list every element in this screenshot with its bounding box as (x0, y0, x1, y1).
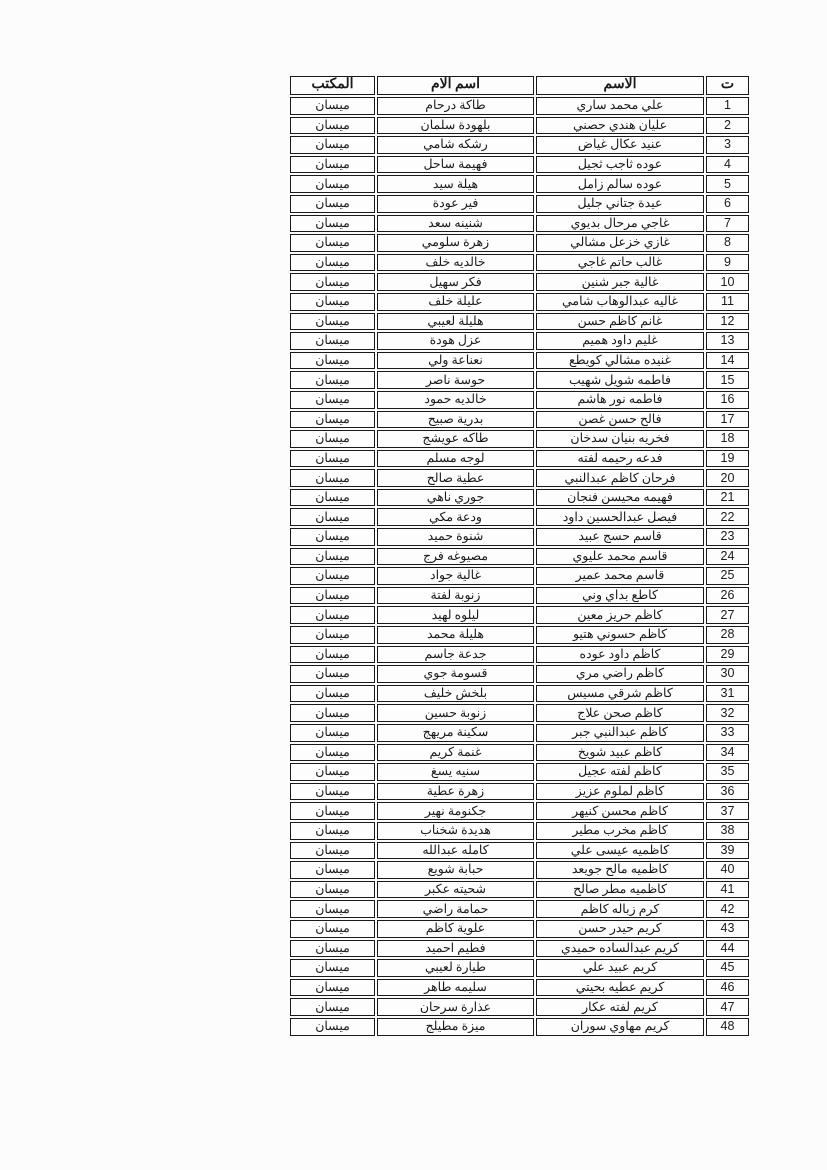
cell-name: كريم حيدر حسن (536, 920, 704, 938)
cell-name: فرحان كاظم عبدالنبي (536, 469, 704, 487)
cell-mother-name: هليلة محمد (377, 626, 534, 644)
table-row: 12غانم كاظم حسنهليلة لعيبيميسان (290, 313, 749, 331)
cell-mother-name: عطية صالح (377, 469, 534, 487)
cell-office: ميسان (290, 998, 375, 1016)
cell-number: 26 (706, 587, 749, 605)
cell-office: ميسان (290, 626, 375, 644)
cell-number: 48 (706, 1018, 749, 1036)
table-row: 19فدعه رحيمه لفتهلوجه مسلمميسان (290, 450, 749, 468)
roster-body: 1علي محمد ساريطاكة درحامميسان2عليان هندي… (290, 97, 749, 1036)
cell-name: كاظم داود عوده (536, 646, 704, 664)
cell-mother-name: بلخش خليف (377, 685, 534, 703)
table-row: 40كاظميه مالح جويعدحبابة شويعميسان (290, 861, 749, 879)
cell-office: ميسان (290, 704, 375, 722)
cell-number: 41 (706, 881, 749, 899)
cell-office: ميسان (290, 528, 375, 546)
cell-name: غاليه عبدالوهاب شامي (536, 293, 704, 311)
cell-office: ميسان (290, 450, 375, 468)
table-row: 29كاظم داود عودهجدعة جاسمميسان (290, 646, 749, 664)
cell-number: 43 (706, 920, 749, 938)
cell-number: 17 (706, 411, 749, 429)
cell-mother-name: لوجه مسلم (377, 450, 534, 468)
cell-number: 21 (706, 489, 749, 507)
cell-number: 44 (706, 940, 749, 958)
cell-name: غاجي مرحال بديوي (536, 215, 704, 233)
cell-number: 7 (706, 215, 749, 233)
cell-name: قاسم محمد عليوي (536, 548, 704, 566)
cell-office: ميسان (290, 293, 375, 311)
cell-office: ميسان (290, 685, 375, 703)
cell-mother-name: فكر سهيل (377, 273, 534, 291)
cell-number: 47 (706, 998, 749, 1016)
cell-name: كريم لفته عكار (536, 998, 704, 1016)
cell-office: ميسان (290, 861, 375, 879)
cell-number: 5 (706, 175, 749, 193)
cell-name: فهيمه محيسن فنجان (536, 489, 704, 507)
cell-mother-name: زهرة سلومي (377, 234, 534, 252)
cell-name: قاسم محمد عمير (536, 567, 704, 585)
cell-name: غنيده مشالي كويطع (536, 352, 704, 370)
cell-number: 38 (706, 822, 749, 840)
table-row: 43كريم حيدر حسنعلوية كاظمميسان (290, 920, 749, 938)
table-row: 6عيدة جتاني جليلفير عودةميسان (290, 195, 749, 213)
header-name: الاسم (536, 76, 704, 95)
cell-name: عيدة جتاني جليل (536, 195, 704, 213)
cell-office: ميسان (290, 763, 375, 781)
cell-mother-name: فهيمة ساحل (377, 156, 534, 174)
table-row: 35كاظم لفته عجيلسنيه يسغميسان (290, 763, 749, 781)
cell-name: عنيد عكال غياض (536, 136, 704, 154)
cell-name: عليان هندي حصني (536, 117, 704, 135)
cell-office: ميسان (290, 665, 375, 683)
cell-mother-name: قسومة جوي (377, 665, 534, 683)
cell-number: 27 (706, 606, 749, 624)
table-row: 34كاظم عبيد شويخغنمة كريمميسان (290, 744, 749, 762)
cell-name: كريم عطيه بحيتي (536, 979, 704, 997)
cell-mother-name: ودعة مكي (377, 508, 534, 526)
cell-office: ميسان (290, 548, 375, 566)
cell-number: 46 (706, 979, 749, 997)
cell-number: 22 (706, 508, 749, 526)
cell-mother-name: سنيه يسغ (377, 763, 534, 781)
table-row: 16فاطمه نور هاشمخالديه حمودميسان (290, 391, 749, 409)
cell-mother-name: طاكة درحام (377, 97, 534, 115)
cell-mother-name: فير عودة (377, 195, 534, 213)
table-row: 31كاظم شرقي مسيسبلخش خليفميسان (290, 685, 749, 703)
cell-name: كاظم عبيد شويخ (536, 744, 704, 762)
table-row: 1علي محمد ساريطاكة درحامميسان (290, 97, 749, 115)
table-row: 32كاظم صحن علاجزنوبة حسينميسان (290, 704, 749, 722)
cell-office: ميسان (290, 567, 375, 585)
cell-name: كاظم صحن علاج (536, 704, 704, 722)
cell-number: 35 (706, 763, 749, 781)
table-row: 15فاطمه شويل شهيبحوسة ناصرميسان (290, 371, 749, 389)
cell-office: ميسان (290, 215, 375, 233)
cell-mother-name: خالديه خلف (377, 254, 534, 272)
cell-office: ميسان (290, 469, 375, 487)
cell-office: ميسان (290, 273, 375, 291)
cell-office: ميسان (290, 234, 375, 252)
cell-name: فخريه بنيان سدخان (536, 430, 704, 448)
cell-name: كاظميه مالح جويعد (536, 861, 704, 879)
table-row: 28كاظم حسوني هتيوهليلة محمدميسان (290, 626, 749, 644)
cell-mother-name: نعناعة ولي (377, 352, 534, 370)
cell-number: 42 (706, 900, 749, 918)
cell-mother-name: كامله عبدالله (377, 842, 534, 860)
cell-mother-name: بدرية صبيح (377, 411, 534, 429)
cell-mother-name: عزل هودة (377, 332, 534, 350)
cell-office: ميسان (290, 606, 375, 624)
table-row: 11غاليه عبدالوهاب شاميعليلة خلفميسان (290, 293, 749, 311)
cell-mother-name: شحيته عكبر (377, 881, 534, 899)
cell-mother-name: جكنومة نهير (377, 802, 534, 820)
cell-number: 31 (706, 685, 749, 703)
cell-mother-name: عذارة سرحان (377, 998, 534, 1016)
cell-office: ميسان (290, 391, 375, 409)
table-row: 8غازي خزعل مشاليزهرة سلوميميسان (290, 234, 749, 252)
cell-name: كاظم عبدالنبي جبر (536, 724, 704, 742)
table-row: 14غنيده مشالي كويطعنعناعة وليميسان (290, 352, 749, 370)
cell-mother-name: زهرة عطية (377, 783, 534, 801)
cell-number: 1 (706, 97, 749, 115)
cell-name: كاظميه مطر صالح (536, 881, 704, 899)
cell-name: كاطع بداي وني (536, 587, 704, 605)
roster-table: ت الاسم اسم الام المكتب 1علي محمد ساريطا… (288, 74, 751, 1038)
table-row: 3عنيد عكال غياضرشكه شاميميسان (290, 136, 749, 154)
cell-office: ميسان (290, 332, 375, 350)
cell-name: عوده سالم زامل (536, 175, 704, 193)
table-row: 44كريم عبدالساده حميديفطيم احميدميسان (290, 940, 749, 958)
cell-office: ميسان (290, 724, 375, 742)
table-row: 41كاظميه مطر صالحشحيته عكبرميسان (290, 881, 749, 899)
cell-number: 13 (706, 332, 749, 350)
cell-office: ميسان (290, 254, 375, 272)
table-row: 7غاجي مرحال بديويشنينه سعدميسان (290, 215, 749, 233)
cell-name: غازي خزعل مشالي (536, 234, 704, 252)
cell-name: كاظم لفته عجيل (536, 763, 704, 781)
cell-mother-name: مصيوغه فرج (377, 548, 534, 566)
header-mother: اسم الام (377, 76, 534, 95)
cell-name: فالح حسن غصن (536, 411, 704, 429)
cell-number: 37 (706, 802, 749, 820)
table-row: 23قاسم حسج عبيدشنوة حميدميسان (290, 528, 749, 546)
table-row: 30كاظم راضي مريقسومة جويميسان (290, 665, 749, 683)
cell-name: فدعه رحيمه لفته (536, 450, 704, 468)
table-row: 22فيصل عبدالحسين داودودعة مكيميسان (290, 508, 749, 526)
cell-office: ميسان (290, 959, 375, 977)
cell-office: ميسان (290, 920, 375, 938)
cell-mother-name: حوسة ناصر (377, 371, 534, 389)
table-row: 33كاظم عبدالنبي جبرسكينة مريهجميسان (290, 724, 749, 742)
cell-office: ميسان (290, 783, 375, 801)
cell-mother-name: ميزة مطيلج (377, 1018, 534, 1036)
cell-office: ميسان (290, 940, 375, 958)
header-no: ت (706, 76, 749, 95)
cell-mother-name: بلهودة سلمان (377, 117, 534, 135)
cell-number: 9 (706, 254, 749, 272)
cell-mother-name: هيلة سيد (377, 175, 534, 193)
table-row: 9غالب حاتم غاجيخالديه خلفميسان (290, 254, 749, 272)
cell-number: 20 (706, 469, 749, 487)
cell-office: ميسان (290, 508, 375, 526)
cell-number: 34 (706, 744, 749, 762)
cell-name: كرم زباله كاظم (536, 900, 704, 918)
document-page: ت الاسم اسم الام المكتب 1علي محمد ساريطا… (0, 0, 827, 1170)
table-row: 2عليان هندي حصنيبلهودة سلمانميسان (290, 117, 749, 135)
cell-number: 19 (706, 450, 749, 468)
cell-number: 14 (706, 352, 749, 370)
cell-number: 29 (706, 646, 749, 664)
header-office: المكتب (290, 76, 375, 95)
cell-mother-name: سكينة مريهج (377, 724, 534, 742)
cell-name: كريم مهاوي سوران (536, 1018, 704, 1036)
cell-mother-name: حبابة شويع (377, 861, 534, 879)
table-row: 4عوده ثاجب ثجيلفهيمة ساحلميسان (290, 156, 749, 174)
cell-mother-name: فطيم احميد (377, 940, 534, 958)
cell-mother-name: جوري ناهي (377, 489, 534, 507)
cell-number: 40 (706, 861, 749, 879)
cell-mother-name: ليلوه لهيد (377, 606, 534, 624)
cell-number: 32 (706, 704, 749, 722)
cell-name: قاسم حسج عبيد (536, 528, 704, 546)
table-row: 37كاظم محسن كنيهرجكنومة نهيرميسان (290, 802, 749, 820)
table-row: 26كاطع بداي ونيزنوبة لفتةميسان (290, 587, 749, 605)
cell-name: كاظم لملوم عزيز (536, 783, 704, 801)
cell-office: ميسان (290, 175, 375, 193)
table-row: 13غليم داود هميمعزل هودةميسان (290, 332, 749, 350)
cell-mother-name: عليلة خلف (377, 293, 534, 311)
cell-number: 4 (706, 156, 749, 174)
cell-office: ميسان (290, 117, 375, 135)
cell-mother-name: غالية جواد (377, 567, 534, 585)
table-row: 17فالح حسن غصنبدرية صبيحميسان (290, 411, 749, 429)
cell-mother-name: زنوبة حسين (377, 704, 534, 722)
cell-name: كاظم شرقي مسيس (536, 685, 704, 703)
cell-mother-name: علوية كاظم (377, 920, 534, 938)
cell-office: ميسان (290, 881, 375, 899)
cell-number: 15 (706, 371, 749, 389)
table-row: 42كرم زباله كاظمحمامة راضيميسان (290, 900, 749, 918)
cell-office: ميسان (290, 430, 375, 448)
table-row: 21فهيمه محيسن فنجانجوري ناهيميسان (290, 489, 749, 507)
cell-number: 30 (706, 665, 749, 683)
cell-office: ميسان (290, 313, 375, 331)
cell-mother-name: حمامة راضي (377, 900, 534, 918)
cell-number: 18 (706, 430, 749, 448)
cell-number: 2 (706, 117, 749, 135)
cell-mother-name: خالديه حمود (377, 391, 534, 409)
cell-mother-name: طيارة لعيبي (377, 959, 534, 977)
cell-number: 45 (706, 959, 749, 977)
cell-number: 10 (706, 273, 749, 291)
cell-office: ميسان (290, 371, 375, 389)
cell-office: ميسان (290, 489, 375, 507)
table-row: 39كاظميه عيسى عليكامله عبداللهميسان (290, 842, 749, 860)
cell-office: ميسان (290, 1018, 375, 1036)
cell-name: كاظم مخرب مطير (536, 822, 704, 840)
cell-number: 33 (706, 724, 749, 742)
cell-office: ميسان (290, 156, 375, 174)
cell-number: 25 (706, 567, 749, 585)
table-row: 18فخريه بنيان سدخانطاكه عويشجميسان (290, 430, 749, 448)
table-row: 10غالية جبر شنينفكر سهيلميسان (290, 273, 749, 291)
cell-office: ميسان (290, 646, 375, 664)
cell-name: غالب حاتم غاجي (536, 254, 704, 272)
cell-mother-name: سليمه طاهر (377, 979, 534, 997)
cell-office: ميسان (290, 802, 375, 820)
cell-name: غليم داود هميم (536, 332, 704, 350)
cell-office: ميسان (290, 411, 375, 429)
cell-office: ميسان (290, 979, 375, 997)
table-row: 25قاسم محمد عميرغالية جوادميسان (290, 567, 749, 585)
table-row: 38كاظم مخرب مطيرهديدة شخنابميسان (290, 822, 749, 840)
cell-number: 39 (706, 842, 749, 860)
cell-office: ميسان (290, 97, 375, 115)
cell-name: فيصل عبدالحسين داود (536, 508, 704, 526)
cell-number: 16 (706, 391, 749, 409)
cell-name: فاطمه نور هاشم (536, 391, 704, 409)
cell-number: 24 (706, 548, 749, 566)
cell-name: كاظم محسن كنيهر (536, 802, 704, 820)
cell-name: عوده ثاجب ثجيل (536, 156, 704, 174)
cell-number: 6 (706, 195, 749, 213)
cell-mother-name: شنوة حميد (377, 528, 534, 546)
cell-office: ميسان (290, 744, 375, 762)
table-row: 36كاظم لملوم عزيززهرة عطيةميسان (290, 783, 749, 801)
cell-name: كاظم راضي مري (536, 665, 704, 683)
cell-mother-name: طاكه عويشج (377, 430, 534, 448)
cell-office: ميسان (290, 587, 375, 605)
table-row: 48كريم مهاوي سورانميزة مطيلجميسان (290, 1018, 749, 1036)
cell-name: كاظم حسوني هتيو (536, 626, 704, 644)
cell-name: فاطمه شويل شهيب (536, 371, 704, 389)
cell-name: كاظميه عيسى علي (536, 842, 704, 860)
cell-office: ميسان (290, 842, 375, 860)
cell-number: 23 (706, 528, 749, 546)
cell-name: غانم كاظم حسن (536, 313, 704, 331)
cell-mother-name: رشكه شامي (377, 136, 534, 154)
cell-number: 8 (706, 234, 749, 252)
table-row: 46كريم عطيه بحيتيسليمه طاهرميسان (290, 979, 749, 997)
cell-name: غالية جبر شنين (536, 273, 704, 291)
table-row: 20فرحان كاظم عبدالنبيعطية صالحميسان (290, 469, 749, 487)
table-row: 45كريم عبيد عليطيارة لعيبيميسان (290, 959, 749, 977)
cell-office: ميسان (290, 195, 375, 213)
cell-name: كاظم حريز معين (536, 606, 704, 624)
table-row: 5عوده سالم زاملهيلة سيدميسان (290, 175, 749, 193)
cell-mother-name: زنوبة لفتة (377, 587, 534, 605)
cell-office: ميسان (290, 136, 375, 154)
table-row: 27كاظم حريز معينليلوه لهيدميسان (290, 606, 749, 624)
header-row: ت الاسم اسم الام المكتب (290, 76, 749, 95)
cell-mother-name: هديدة شخناب (377, 822, 534, 840)
cell-name: كريم عبدالساده حميدي (536, 940, 704, 958)
cell-mother-name: جدعة جاسم (377, 646, 534, 664)
cell-mother-name: هليلة لعيبي (377, 313, 534, 331)
cell-number: 36 (706, 783, 749, 801)
cell-mother-name: شنينه سعد (377, 215, 534, 233)
cell-number: 12 (706, 313, 749, 331)
cell-name: علي محمد ساري (536, 97, 704, 115)
cell-name: كريم عبيد علي (536, 959, 704, 977)
cell-office: ميسان (290, 352, 375, 370)
cell-number: 3 (706, 136, 749, 154)
cell-number: 11 (706, 293, 749, 311)
table-row: 47كريم لفته عكارعذارة سرحانميسان (290, 998, 749, 1016)
cell-mother-name: غنمة كريم (377, 744, 534, 762)
cell-office: ميسان (290, 822, 375, 840)
cell-number: 28 (706, 626, 749, 644)
cell-office: ميسان (290, 900, 375, 918)
table-row: 24قاسم محمد عليويمصيوغه فرجميسان (290, 548, 749, 566)
